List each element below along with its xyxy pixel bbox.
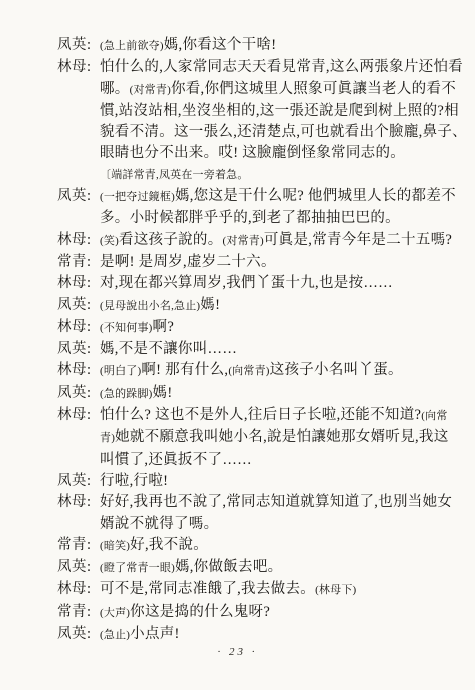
dialogue-line: 凤英:(見母說出小名,急止)媽! (57, 295, 441, 317)
stage-note-text: (大声) (100, 607, 130, 619)
dialogue-text: 看这孩子說的。 (119, 232, 223, 248)
stage-note-text: (向常 (421, 410, 447, 422)
line-text: (急的跺脚)媽! (100, 383, 441, 405)
speaker-label: 凤英: (57, 383, 100, 404)
speaker-label: 凤英: (57, 295, 100, 316)
dialogue-text: 媽,您这是干什么呢? 他們城里人长的都差不 (175, 188, 456, 204)
line-text: (笑)看这孩子說的。(对常青)可眞是,常青今年是二十五嗎? (100, 230, 452, 252)
dialogue-line: 凤英:(急上前欲夺)媽,你看这个干啥! (57, 35, 441, 57)
stage-note-text: (暗笑) (100, 540, 130, 552)
stage-note-text: (林母下) (315, 584, 356, 596)
line-text: 是啊! 是周岁,虚岁二十六。 (100, 252, 441, 273)
dialogue-text: 可不是,常同志准餓了,我去做去。 (100, 581, 315, 597)
stage-note-text: (見母說出小名,急止) (100, 300, 200, 312)
dialogue-line: 林母:(笑)看这孩子說的。(对常青)可眞是,常青今年是二十五嗎? (57, 230, 441, 252)
line-text: 〔端詳常青,凤英在一旁着急。 (100, 165, 441, 186)
dialogue-text: 哪。 (100, 81, 130, 97)
stage-note-text: (瞪了常青一眼) (100, 562, 175, 574)
page-number: · 23 · (218, 646, 258, 658)
line-text: (暗笑)好,我不說。 (100, 535, 441, 557)
line-text: 怕什么的,人家常同志天天看見常青,这么两張象片还怕看 (100, 57, 463, 78)
speaker-label: 林母: (57, 405, 100, 426)
dialogue-text: 怕什么? 这也不是外人,往后日子长啦,还能不知道? (100, 407, 421, 423)
dialogue-line: 常青:(暗笑)好,我不說。 (57, 535, 441, 557)
dialogue-line: 眼睛也分不出来。哎! 这臉龐倒怪象常同志的。 (57, 143, 441, 164)
speaker-label: 林母: (57, 273, 100, 294)
dialogue-text: 貌看不清。这一張么,还清楚点,可也就看出个臉龐,鼻子、 (100, 124, 467, 140)
speaker-label: 凤英: (57, 35, 100, 56)
line-text: 多。小时候都胖乎乎的,到老了都抽抽巴巴的。 (100, 208, 441, 229)
line-text: 青)她就不願意我叫她小名,說是怕讓她那女婿听見,我这 (100, 427, 449, 449)
dialogue-line: 婿說不就得了嗎。 (57, 514, 441, 535)
stage-note-text: 〔端詳常青,凤英在一旁着急。 (100, 169, 249, 181)
line-text: 叫慣了,还眞扳不了…… (100, 450, 441, 471)
stage-note-text: (急止) (100, 629, 130, 641)
line-text: (急上前欲夺)媽,你看这个干啥! (100, 35, 441, 57)
dialogue-line: 凤英:(瞪了常青一眼)媽,你做飯去吧。 (57, 557, 441, 579)
line-text: 眼睛也分不出来。哎! 这臉龐倒怪象常同志的。 (100, 143, 441, 164)
dialogue-text: 好好,我再也不說了,常同志知道就算知道了,也別当她女 (100, 494, 452, 510)
line-text: 对,现在都兴算周岁,我們丫蛋十九,也是按…… (100, 273, 441, 294)
line-text: 可不是,常同志准餓了,我去做去。(林母下) (100, 579, 441, 601)
dialogue-text: 叫慣了,还眞扳不了…… (100, 452, 252, 468)
line-text: 貌看不清。这一張么,还清楚点,可也就看出个臉龐,鼻子、 (100, 122, 467, 143)
dialogue-line: 叫慣了,还眞扳不了…… (57, 450, 441, 471)
dialogue-line: 多。小时候都胖乎乎的,到老了都抽抽巴巴的。 (57, 208, 441, 229)
dialogue-text: 这孩子小名叫丫蛋。 (270, 362, 403, 378)
dialogue-text: 好,我不說。 (130, 537, 208, 553)
page-footer: · 23 · (0, 646, 475, 658)
dialogue-line: 凤英:媽,不是不讓你叫…… (57, 339, 441, 360)
speaker-label: 林母: (57, 579, 100, 600)
dialogue-text: 媽,不是不讓你叫…… (100, 341, 237, 357)
text-block: 凤英:(急上前欲夺)媽,你看这个干啥!林母:怕什么的,人家常同志天天看見常青,这… (57, 35, 441, 646)
stage-note-text: (对常青) (130, 84, 171, 96)
speaker-label: 凤英: (57, 557, 100, 578)
dialogue-line: 林母:对,现在都兴算周岁,我們丫蛋十九,也是按…… (57, 273, 441, 294)
dialogue-line: 林母:怕什么的,人家常同志天天看見常青,这么两張象片还怕看 (57, 57, 441, 78)
line-text: (瞪了常青一眼)媽,你做飯去吧。 (100, 557, 441, 579)
dialogue-line: 林母:怕什么? 这也不是外人,往后日子长啦,还能不知道?(向常 (57, 405, 441, 427)
stage-note-text: (一把夺过鏡框) (100, 191, 175, 203)
stage-note-text: (急上前欲夺) (100, 40, 164, 52)
speaker-label: 常青: (57, 602, 100, 623)
dialogue-line: 貌看不清。这一張么,还清楚点,可也就看出个臉龐,鼻子、 (57, 122, 441, 143)
dialogue-text: 小点声! (130, 626, 180, 642)
line-text: 婿說不就得了嗎。 (100, 514, 441, 535)
stage-note-text: (笑) (100, 235, 119, 247)
stage-note-text: (明白了) (100, 365, 141, 377)
dialogue-text: 行啦,行啦! (100, 473, 168, 489)
stage-note-text: (急的跺脚) (100, 388, 153, 400)
line-text: (急止)小点声! (100, 624, 441, 646)
speaker-label: 林母: (57, 230, 100, 251)
dialogue-text: 啊? (153, 319, 175, 335)
dialogue-text: 眼睛也分不出来。哎! 这臉龐倒怪象常同志的。 (100, 145, 405, 161)
dialogue-line: 凤英:(一把夺过鏡框)媽,您这是干什么呢? 他們城里人长的都差不 (57, 186, 441, 208)
line-text: (大声)你这是捣的什么鬼呀? (100, 602, 441, 624)
speaker-label: 常青: (57, 535, 100, 556)
line-text: (明白了)啊! 那有什么,(向常青)这孩子小名叫丫蛋。 (100, 360, 441, 382)
stage-note-text: 青) (100, 432, 115, 444)
speaker-label: 林母: (57, 317, 100, 338)
line-text: 好好,我再也不說了,常同志知道就算知道了,也別当她女 (100, 492, 452, 513)
dialogue-line: 林母:好好,我再也不說了,常同志知道就算知道了,也別当她女 (57, 492, 441, 513)
dialogue-text: 啊! 那有什么, (141, 362, 228, 378)
dialogue-text: 她就不願意我叫她小名,說是怕讓她那女婿听見,我这 (115, 429, 448, 445)
dialogue-text: 媽,你看这个干啥! (164, 37, 277, 53)
speaker-label: 林母: (57, 492, 100, 513)
dialogue-line: 常青:是啊! 是周岁,虚岁二十六。 (57, 252, 441, 273)
dialogue-line: 慣,站沒站相,坐沒坐相的,这一張还說是爬到树上照的?相 (57, 101, 441, 122)
speaker-label: 凤英: (57, 186, 100, 207)
speaker-label: 林母: (57, 57, 100, 78)
dialogue-text: 怕什么的,人家常同志天天看見常青,这么两張象片还怕看 (100, 59, 463, 75)
dialogue-text: 慣,站沒站相,坐沒坐相的,这一張还說是爬到树上照的?相 (100, 103, 459, 119)
dialogue-line: 哪。(对常青)你看,你們这城里人照象可眞讓当老人的看不 (57, 79, 441, 101)
dialogue-text: 对,现在都兴算周岁,我們丫蛋十九,也是按…… (100, 275, 393, 291)
dialogue-text: 可眞是,常青今年是二十五嗎? (264, 232, 452, 248)
dialogue-line: 林母:(不知何事)啊? (57, 317, 441, 339)
speaker-label: 凤英: (57, 471, 100, 492)
dialogue-text: 媽! (200, 297, 220, 313)
line-text: (不知何事)啊? (100, 317, 441, 339)
dialogue-text: 婿說不就得了嗎。 (100, 516, 218, 532)
line-text: (一把夺过鏡框)媽,您这是干什么呢? 他們城里人长的都差不 (100, 186, 456, 208)
dialogue-text: 媽,你做飯去吧。 (175, 559, 283, 575)
dialogue-line: 凤英:行啦,行啦! (57, 471, 441, 492)
stage-note-text: (不知何事) (100, 322, 153, 334)
speaker-label: 凤英: (57, 624, 100, 645)
dialogue-line: 常青:(大声)你这是捣的什么鬼呀? (57, 602, 441, 624)
dialogue-text: 是啊! 是周岁,虚岁二十六。 (100, 254, 276, 270)
dialogue-line: 林母:可不是,常同志准餓了,我去做去。(林母下) (57, 579, 441, 601)
dialogue-line: 青)她就不願意我叫她小名,說是怕讓她那女婿听見,我这 (57, 427, 441, 449)
dialogue-line: 凤英:(急的跺脚)媽! (57, 383, 441, 405)
stage-direction-line: 〔端詳常青,凤英在一旁着急。 (57, 165, 441, 186)
dialogue-text: 媽! (153, 385, 173, 401)
stage-note-text: (对常青) (223, 235, 264, 247)
dialogue-text: 多。小时候都胖乎乎的,到老了都抽抽巴巴的。 (100, 210, 400, 226)
dialogue-text: 你这是捣的什么鬼呀? (130, 604, 270, 620)
line-text: 媽,不是不讓你叫…… (100, 339, 441, 360)
speaker-label: 凤英: (57, 339, 100, 360)
stage-note-text: (向常青) (228, 365, 269, 377)
dialogue-line: 凤英:(急止)小点声! (57, 624, 441, 646)
line-text: 哪。(对常青)你看,你們这城里人照象可眞讓当老人的看不 (100, 79, 456, 101)
line-text: 慣,站沒站相,坐沒坐相的,这一張还說是爬到树上照的?相 (100, 101, 459, 122)
dialogue-text: 你看,你們这城里人照象可眞讓当老人的看不 (171, 81, 456, 97)
speaker-label: 常青: (57, 252, 100, 273)
dialogue-line: 林母:(明白了)啊! 那有什么,(向常青)这孩子小名叫丫蛋。 (57, 360, 441, 382)
line-text: 怕什么? 这也不是外人,往后日子长啦,还能不知道?(向常 (100, 405, 448, 427)
scanned-script-page: 凤英:(急上前欲夺)媽,你看这个干啥!林母:怕什么的,人家常同志天天看見常青,这… (0, 0, 475, 690)
speaker-label: 林母: (57, 360, 100, 381)
line-text: 行啦,行啦! (100, 471, 441, 492)
line-text: (見母說出小名,急止)媽! (100, 295, 441, 317)
